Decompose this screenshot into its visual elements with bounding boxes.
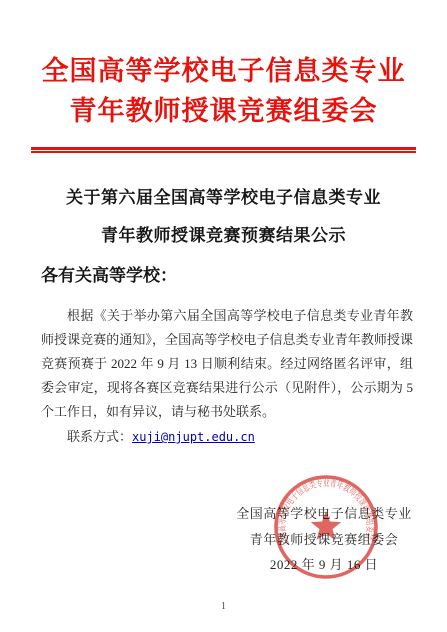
- body-line: 竞赛预赛于 2022 年 9 月 13 日顺利结束。经过网络匿名评审，组: [41, 352, 413, 376]
- contact-line: 联系方式：xuji@njupt.edu.cn: [41, 425, 413, 449]
- body-line: 师授课竞赛的通知》，全国高等学校电子信息类专业青年教师授课: [41, 328, 413, 352]
- document-title: 关于第六届全国高等学校电子信息类专业 青年教师授课竞赛预赛结果公示: [0, 179, 447, 255]
- signature-org-line1: 全国高等学校电子信息类专业: [174, 501, 447, 527]
- letterhead-line2: 青年教师授课竞赛组委会: [0, 91, 447, 131]
- body-line: 根据《关于举办第六届全国高等学校电子信息类专业青年教: [41, 304, 413, 328]
- signature-date: 2022 年 9 月 16 日: [174, 552, 447, 578]
- email-link[interactable]: xuji@njupt.edu.cn: [132, 430, 255, 444]
- signature-org-line2: 青年教师授课竞赛组委会: [174, 527, 447, 553]
- contact-label: 联系方式：: [67, 429, 132, 444]
- page-number: 1: [0, 601, 447, 612]
- body-line: 委会审定，现将各赛区竞赛结果进行公示（见附件），公示期为 5: [41, 376, 413, 400]
- signature-block: 全国高等学校电子信息类专业 青年教师授课竞赛组委会 2022 年 9 月 16 …: [174, 501, 447, 578]
- letterhead-line1: 全国高等学校电子信息类专业: [0, 51, 447, 91]
- double-red-rule: [31, 147, 416, 153]
- org-letterhead: 全国高等学校电子信息类专业 青年教师授课竞赛组委会: [0, 51, 447, 131]
- document-title-line1: 关于第六届全国高等学校电子信息类专业: [0, 179, 447, 217]
- document-title-line2: 青年教师授课竞赛预赛结果公示: [0, 217, 447, 255]
- body-line: 个工作日，如有异议，请与秘书处联系。: [41, 400, 413, 424]
- body-paragraph: 根据《关于举办第六届全国高等学校电子信息类专业青年教 师授课竞赛的通知》，全国高…: [41, 304, 413, 449]
- salutation: 各有关高等学校：: [41, 261, 177, 286]
- document-page: 全国高等学校电子信息类专业 青年教师授课竞赛组委会 关于第六届全国高等学校电子信…: [0, 0, 447, 632]
- rule-bottom-line: [31, 151, 416, 153]
